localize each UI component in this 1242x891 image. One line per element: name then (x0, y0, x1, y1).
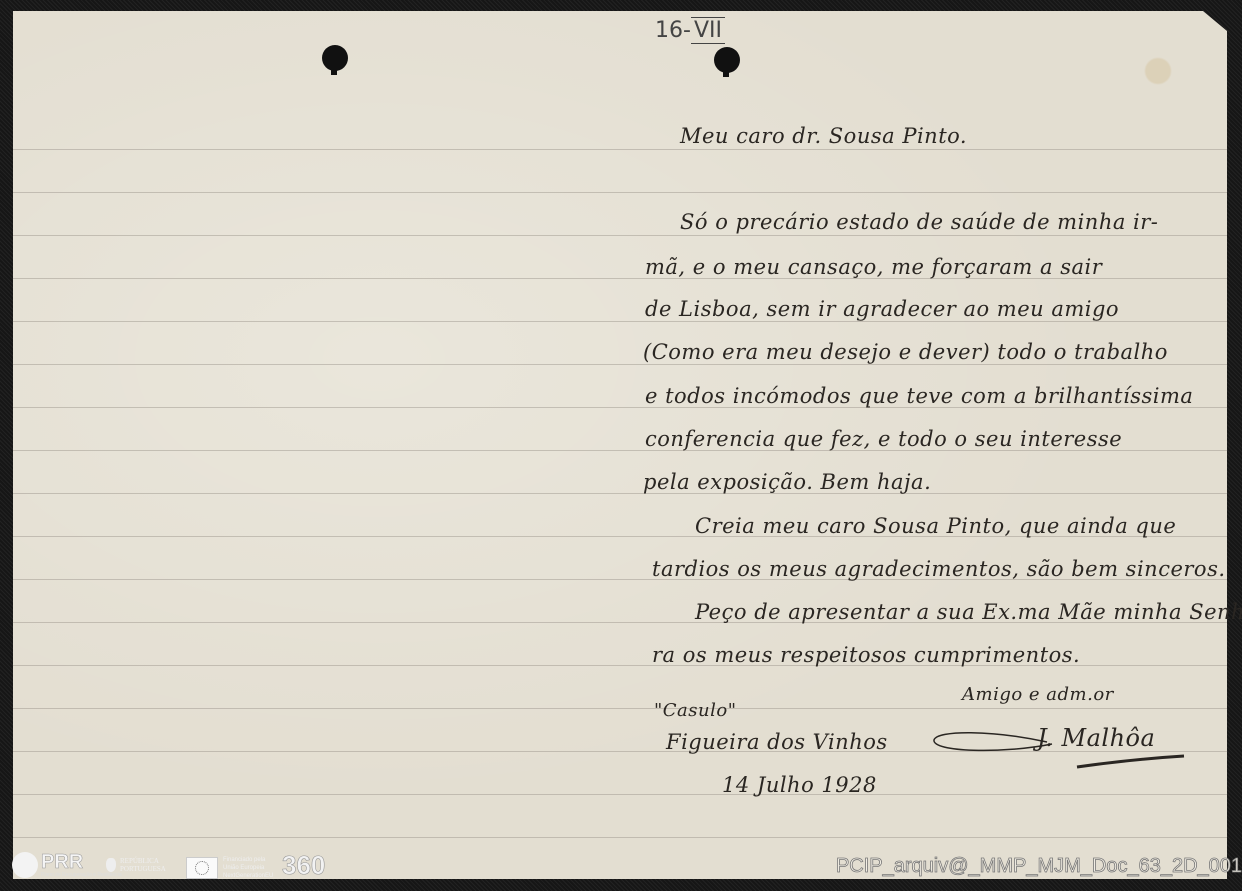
eu-line3: NextGenerationEU (223, 872, 273, 880)
closing: Amigo e adm.or (962, 684, 1114, 705)
ruled-line (13, 364, 1227, 365)
body-line: Só o precário estado de saúde de minha i… (680, 210, 1158, 234)
body-line: ra os meus respeitosos cumprimentos. (652, 643, 1080, 667)
ruled-line (13, 321, 1227, 322)
eu-logo: Financiado pela União Europeia NextGener… (186, 856, 273, 880)
body-line: tardios os meus agradecimentos, são bem … (652, 557, 1226, 581)
brand-360-logo: 360 (282, 850, 325, 881)
body-line: Peço de apresentar a sua Ex.ma Mãe minha… (695, 600, 1242, 624)
archive-roman: VII (691, 17, 725, 44)
place-label: "Casulo" (654, 700, 737, 721)
prr-map-icon (12, 852, 38, 878)
ruled-line (13, 149, 1227, 150)
body-line: (Como era meu desejo e dever) todo o tra… (643, 340, 1168, 364)
archive-number: 16 (655, 18, 683, 43)
republica-emblem-icon (106, 858, 116, 872)
body-line: mã, e o meu cansaço, me forçaram a sair (645, 255, 1102, 279)
place: Figueira dos Vinhos (666, 730, 888, 754)
archive-reference: 16-VII (655, 18, 725, 43)
ruled-line (13, 493, 1227, 494)
document-id: PCIP_arquiv@_MMP_MJM_Doc_63_2D_001 (836, 855, 1242, 878)
ruled-line (13, 794, 1227, 795)
punch-hole (714, 47, 740, 73)
republica-logo: REPÚBLICA PORTUGUESA (106, 857, 166, 873)
republica-line1: REPÚBLICA (120, 857, 166, 865)
republica-line2: PORTUGUESA (120, 865, 166, 873)
body-line: e todos incómodos que teve com a brilhan… (645, 384, 1193, 408)
signature: J. Malhôa (932, 722, 1187, 772)
ruled-line (13, 837, 1227, 838)
ruled-line (13, 192, 1227, 193)
ruled-line (13, 235, 1227, 236)
date: 14 Julho 1928 (722, 773, 877, 797)
ruled-line (13, 708, 1227, 709)
eu-line1: Financiado pela (223, 856, 273, 864)
body-line: de Lisboa, sem ir agradecer ao meu amigo (645, 297, 1119, 321)
eu-line2: União Europeia (223, 864, 273, 872)
punch-hole (322, 45, 348, 71)
signature-text: J. Malhôa (1037, 724, 1155, 752)
salutation: Meu caro dr. Sousa Pinto. (680, 124, 967, 148)
body-line: Creia meu caro Sousa Pinto, que ainda qu… (695, 514, 1176, 538)
eu-flag-icon (186, 857, 218, 879)
body-line: conferencia que fez, e todo o seu intere… (645, 427, 1122, 451)
body-line: pela exposição. Bem haja. (643, 470, 931, 494)
